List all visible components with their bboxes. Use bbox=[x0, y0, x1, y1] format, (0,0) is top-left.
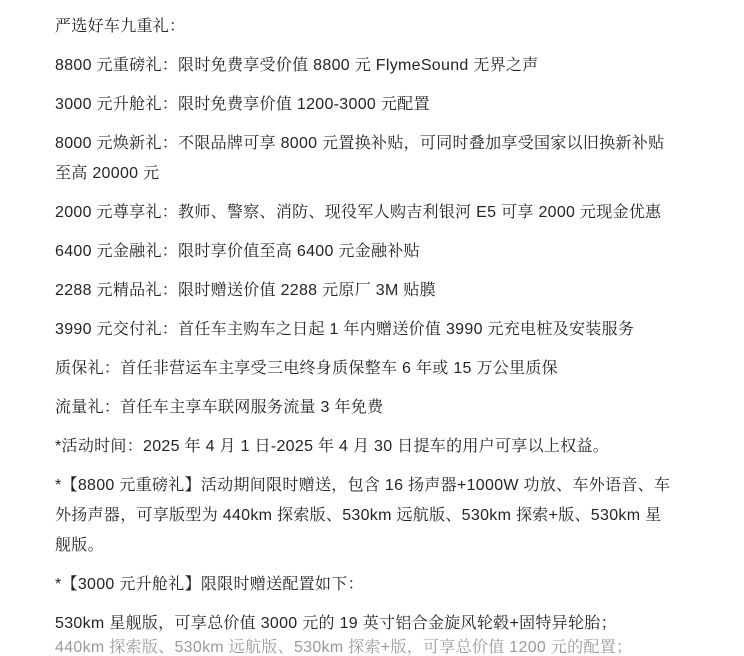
note-8800-detail: *【8800 元重磅礼】活动期间限时赠送，包含 16 扬声器+1000W 功放、… bbox=[55, 471, 690, 561]
benefit-line-8800-heavyweight: 8800 元重磅礼：限时免费享受价值 8800 元 FlymeSound 无界之… bbox=[55, 51, 690, 81]
doc-heading: 严选好车九重礼： bbox=[55, 12, 690, 42]
clipped-paragraph: 440km 探索版、530km 远航版、530km 探索+版，可享总价值 120… bbox=[55, 633, 690, 656]
benefit-line-6400-finance: 6400 元金融礼：限时享价值至高 6400 元金融补贴 bbox=[55, 237, 690, 267]
note-3000-detail: *【3000 元升舱礼】限限时赠送配置如下： bbox=[55, 570, 690, 600]
benefit-line-2000-exclusive: 2000 元尊享礼：教师、警察、消防、现役军人购吉利银河 E5 可享 2000 … bbox=[55, 198, 690, 228]
activity-period-note: *活动时间：2025 年 4 月 1 日-2025 年 4 月 30 日提车的用… bbox=[55, 432, 690, 462]
benefit-line-warranty: 质保礼：首任非营运车主享受三电终身质保整车 6 年或 15 万公里质保 bbox=[55, 354, 690, 384]
benefit-line-8000-trade-in: 8000 元焕新礼：不限品牌可享 8000 元置换补贴，可同时叠加享受国家以旧换… bbox=[55, 129, 690, 189]
benefit-line-2288-boutique: 2288 元精品礼：限时赠送价值 2288 元原厂 3M 贴膜 bbox=[55, 276, 690, 306]
document-page: 严选好车九重礼： 8800 元重磅礼：限时免费享受价值 8800 元 Flyme… bbox=[0, 0, 744, 656]
benefit-line-data-plan: 流量礼：首任车主享车联网服务流量 3 年免费 bbox=[55, 393, 690, 423]
benefit-line-3000-cabin-upgrade: 3000 元升舱礼：限时免费享价值 1200-3000 元配置 bbox=[55, 90, 690, 120]
benefit-line-3990-delivery: 3990 元交付礼：首任车主购车之日起 1 年内赠送价值 3990 元充电桩及安… bbox=[55, 315, 690, 345]
